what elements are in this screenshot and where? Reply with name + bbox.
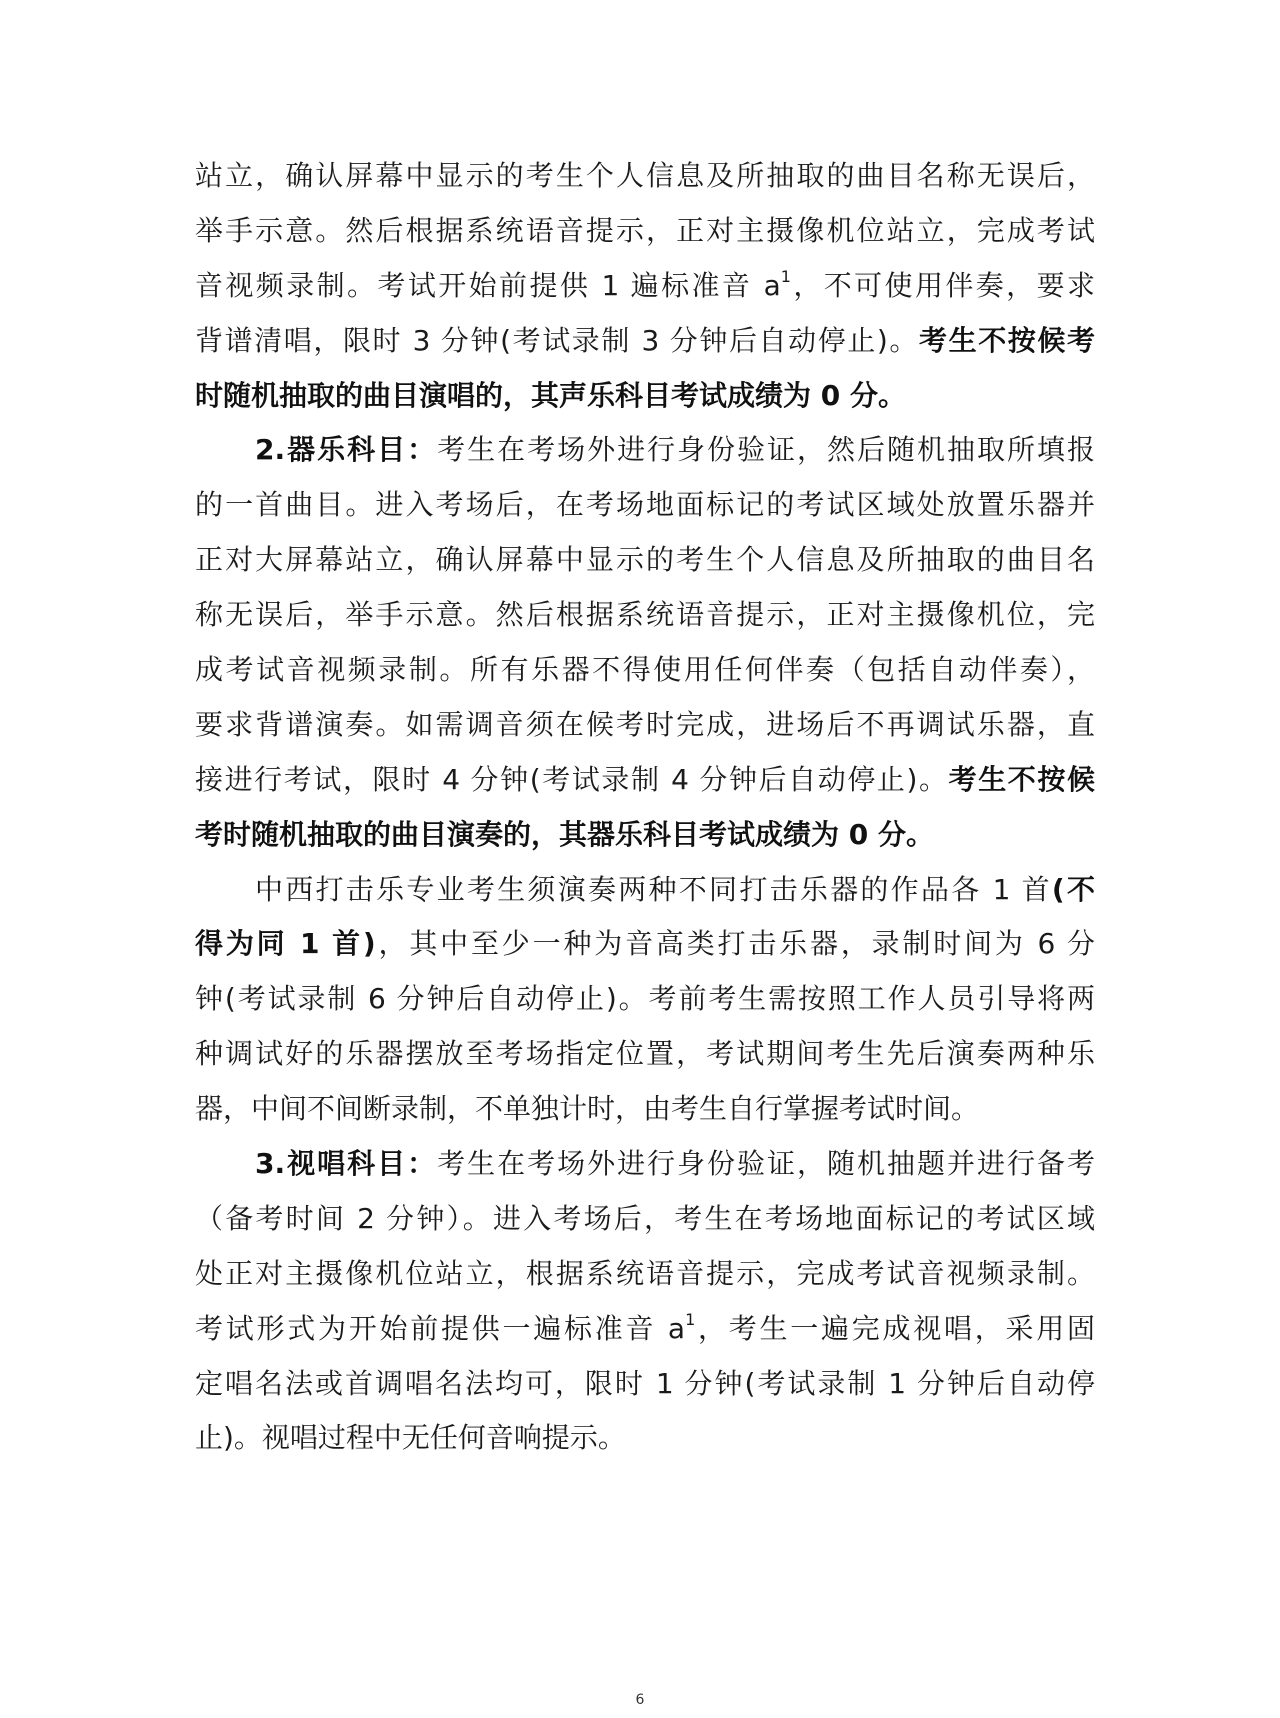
- bold-text: 得为同 1 首): [195, 927, 376, 960]
- text-run: ，考生一遍完成视唱，采用固: [695, 1312, 1095, 1345]
- text-run: 背谱清唱，限时 3 分钟(考试录制 3 分钟后自动停止)。: [195, 324, 919, 357]
- text-run: （备考时间 2 分钟）。进入考场后，考生在考场地面标记的考试区域: [195, 1202, 1095, 1235]
- text-run: 音视频录制。考试开始前提供 1 遍标准音 a: [195, 269, 781, 302]
- text-line: 2.器乐科目：考生在考场外进行身份验证，然后随机抽取所填报: [195, 423, 1095, 478]
- text-run: ，不可使用伴奏，要求: [791, 269, 1095, 302]
- text-line: 止)。视唱过程中无任何音响提示。: [195, 1411, 1095, 1466]
- text-run: 考生在考场外进行身份验证，然后随机抽取所填报: [437, 433, 1095, 466]
- text-run: 的一首曲目。进入考场后，在考场地面标记的考试区域处放置乐器并: [195, 488, 1095, 521]
- bold-text: 考生不按候考: [919, 324, 1095, 357]
- document-body: 站立，确认屏幕中显示的考生个人信息及所抽取的曲目名称无误后，举手示意。然后根据系…: [195, 149, 1095, 1466]
- text-line: 种调试好的乐器摆放至考场指定位置，考试期间考生先后演奏两种乐: [195, 1027, 1095, 1082]
- text-run: 站立，确认屏幕中显示的考生个人信息及所抽取的曲目名称无误后，: [195, 159, 1095, 192]
- text-run: 器，中间不间断录制，不单独计时，由考生自行掌握考试时间。: [195, 1092, 979, 1125]
- text-line: 3.视唱科目：考生在考场外进行身份验证，随机抽题并进行备考: [195, 1137, 1095, 1192]
- text-line: 中西打击乐专业考生须演奏两种不同打击乐器的作品各 1 首(不: [195, 863, 1095, 918]
- text-run: 要求背谱演奏。如需调音须在候考时完成，进场后不再调试乐器，直: [195, 708, 1095, 741]
- text-line: 定唱名法或首调唱名法均可，限时 1 分钟(考试录制 1 分钟后自动停: [195, 1357, 1095, 1412]
- text-run: ，其中至少一种为音高类打击乐器，录制时间为 6 分: [376, 927, 1095, 960]
- text-run: 定唱名法或首调唱名法均可，限时 1 分钟(考试录制 1 分钟后自动停: [195, 1367, 1095, 1400]
- text-line: 称无误后，举手示意。然后根据系统语音提示，正对主摄像机位，完: [195, 588, 1095, 643]
- text-line: 举手示意。然后根据系统语音提示，正对主摄像机位站立，完成考试: [195, 204, 1095, 259]
- text-line: 要求背谱演奏。如需调音须在候考时完成，进场后不再调试乐器，直: [195, 698, 1095, 753]
- bold-text: 考生不按候: [949, 763, 1095, 796]
- text-line: 器，中间不间断录制，不单独计时，由考生自行掌握考试时间。: [195, 1082, 1095, 1137]
- bold-text: 考时随机抽取的曲目演奏的，其器乐科目考试成绩为 0 分。: [195, 818, 934, 851]
- superscript: 1: [685, 1310, 695, 1329]
- text-run: 接进行考试，限时 4 分钟(考试录制 4 分钟后自动停止)。: [195, 763, 949, 796]
- text-line: 的一首曲目。进入考场后，在考场地面标记的考试区域处放置乐器并: [195, 478, 1095, 533]
- text-line: 成考试音视频录制。所有乐器不得使用任何伴奏（包括自动伴奏），: [195, 643, 1095, 698]
- text-line: 站立，确认屏幕中显示的考生个人信息及所抽取的曲目名称无误后，: [195, 149, 1095, 204]
- text-line: 时随机抽取的曲目演唱的，其声乐科目考试成绩为 0 分。: [195, 369, 1095, 424]
- text-line: 得为同 1 首)，其中至少一种为音高类打击乐器，录制时间为 6 分: [195, 917, 1095, 972]
- text-line: （备考时间 2 分钟）。进入考场后，考生在考场地面标记的考试区域: [195, 1192, 1095, 1247]
- text-line: 处正对主摄像机位站立，根据系统语音提示，完成考试音视频录制。: [195, 1247, 1095, 1302]
- text-run: 中西打击乐专业考生须演奏两种不同打击乐器的作品各 1 首: [255, 873, 1052, 906]
- page-number: 6: [0, 1692, 1280, 1708]
- text-run: 成考试音视频录制。所有乐器不得使用任何伴奏（包括自动伴奏），: [195, 653, 1095, 686]
- document-page: 站立，确认屏幕中显示的考生个人信息及所抽取的曲目名称无误后，举手示意。然后根据系…: [0, 0, 1280, 1718]
- text-line: 接进行考试，限时 4 分钟(考试录制 4 分钟后自动停止)。考生不按候: [195, 753, 1095, 808]
- text-line: 钟(考试录制 6 分钟后自动停止)。考前考生需按照工作人员引导将两: [195, 972, 1095, 1027]
- bold-text: 3.视唱科目：: [255, 1147, 437, 1180]
- text-run: 考试形式为开始前提供一遍标准音 a: [195, 1312, 685, 1345]
- text-run: 称无误后，举手示意。然后根据系统语音提示，正对主摄像机位，完: [195, 598, 1095, 631]
- text-line: 背谱清唱，限时 3 分钟(考试录制 3 分钟后自动停止)。考生不按候考: [195, 314, 1095, 369]
- text-run: 正对大屏幕站立，确认屏幕中显示的考生个人信息及所抽取的曲目名: [195, 543, 1095, 576]
- text-run: 考生在考场外进行身份验证，随机抽题并进行备考: [437, 1147, 1095, 1180]
- text-line: 考试形式为开始前提供一遍标准音 a1，考生一遍完成视唱，采用固: [195, 1302, 1095, 1357]
- text-line: 考时随机抽取的曲目演奏的，其器乐科目考试成绩为 0 分。: [195, 808, 1095, 863]
- bold-text: 时随机抽取的曲目演唱的，其声乐科目考试成绩为 0 分。: [195, 379, 906, 412]
- text-run: 种调试好的乐器摆放至考场指定位置，考试期间考生先后演奏两种乐: [195, 1037, 1095, 1070]
- text-run: 举手示意。然后根据系统语音提示，正对主摄像机位站立，完成考试: [195, 214, 1095, 247]
- text-line: 音视频录制。考试开始前提供 1 遍标准音 a1，不可使用伴奏，要求: [195, 259, 1095, 314]
- text-line: 正对大屏幕站立，确认屏幕中显示的考生个人信息及所抽取的曲目名: [195, 533, 1095, 588]
- text-run: 钟(考试录制 6 分钟后自动停止)。考前考生需按照工作人员引导将两: [195, 982, 1095, 1015]
- bold-text: 2.器乐科目：: [255, 433, 437, 466]
- text-run: 止)。视唱过程中无任何音响提示。: [195, 1421, 626, 1454]
- bold-text: (不: [1052, 873, 1095, 906]
- text-run: 处正对主摄像机位站立，根据系统语音提示，完成考试音视频录制。: [195, 1257, 1095, 1290]
- superscript: 1: [781, 267, 791, 286]
